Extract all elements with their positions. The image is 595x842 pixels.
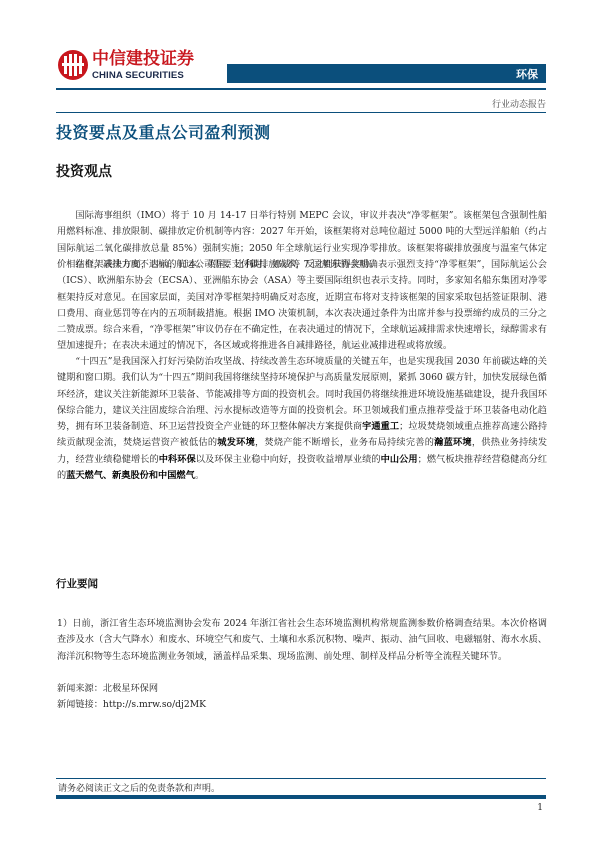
paragraph-text: 。 bbox=[195, 470, 204, 481]
sector-label: 环保 bbox=[516, 66, 538, 82]
company-name-highlight: 宇通重工 bbox=[362, 421, 399, 432]
news-item-text: 1）日前，浙江省生态环境监测协会发布 2024 年浙江省社会生态环境监测机构常规… bbox=[57, 616, 547, 665]
page-number: 1 bbox=[537, 803, 543, 813]
sector-banner: 环保 bbox=[227, 64, 546, 83]
news-source: 新闻来源：北极星环保网 bbox=[57, 681, 547, 697]
company-name-highlight: 瀚蓝环境 bbox=[434, 437, 472, 448]
paragraph: “十四五”是我国深入打好污染防治攻坚战、持续改善生态环境质量的关键五年，也是实现… bbox=[57, 354, 547, 484]
paragraph: 在框架表决方面，目前，日本、英国、比利时、挪威等 7 国船东协会明确表示强烈支持… bbox=[57, 257, 547, 355]
company-logo: 中信建投证券 CHINA SECURITIES bbox=[58, 49, 188, 89]
logo-english-name: CHINA SECURITIES bbox=[92, 70, 184, 81]
title-divider bbox=[56, 112, 546, 113]
logo-chinese-name: 中信建投证券 bbox=[92, 49, 194, 69]
page-title: 投资要点及重点公司盈利预测 bbox=[56, 120, 271, 143]
company-name-highlight: 中科环保 bbox=[159, 454, 196, 465]
footer-divider bbox=[56, 778, 546, 779]
section-heading-investment-view: 投资观点 bbox=[56, 161, 112, 181]
disclaimer: 请务必阅读正文之后的免责条款和声明。 bbox=[58, 781, 220, 794]
news-link[interactable]: 新闻链接：http://s.mrw.so/dj2MK bbox=[57, 697, 547, 713]
header-divider bbox=[56, 88, 546, 90]
citic-logo-icon bbox=[58, 50, 88, 80]
section-heading-industry-news: 行业要闻 bbox=[56, 576, 98, 591]
paragraph-text: 以及环保主业稳中向好，投资收益增厚业绩的 bbox=[196, 454, 381, 465]
paragraph-text: ，焚烧产能不断增长，业务布局持续完善的 bbox=[255, 437, 434, 448]
footer-bar bbox=[56, 795, 546, 799]
company-name-highlight: 城发环境 bbox=[217, 437, 255, 448]
report-type: 行业动态报告 bbox=[492, 97, 546, 110]
company-name-highlight: 蓝天燃气、新奥股份和中国燃气 bbox=[66, 470, 195, 481]
paragraph-text: 在框架表决方面，目前，日本、英国、比利时、挪威等 7 国船东协会明确表示强烈支持… bbox=[57, 259, 547, 351]
company-name-highlight: 中山公用 bbox=[381, 454, 418, 465]
